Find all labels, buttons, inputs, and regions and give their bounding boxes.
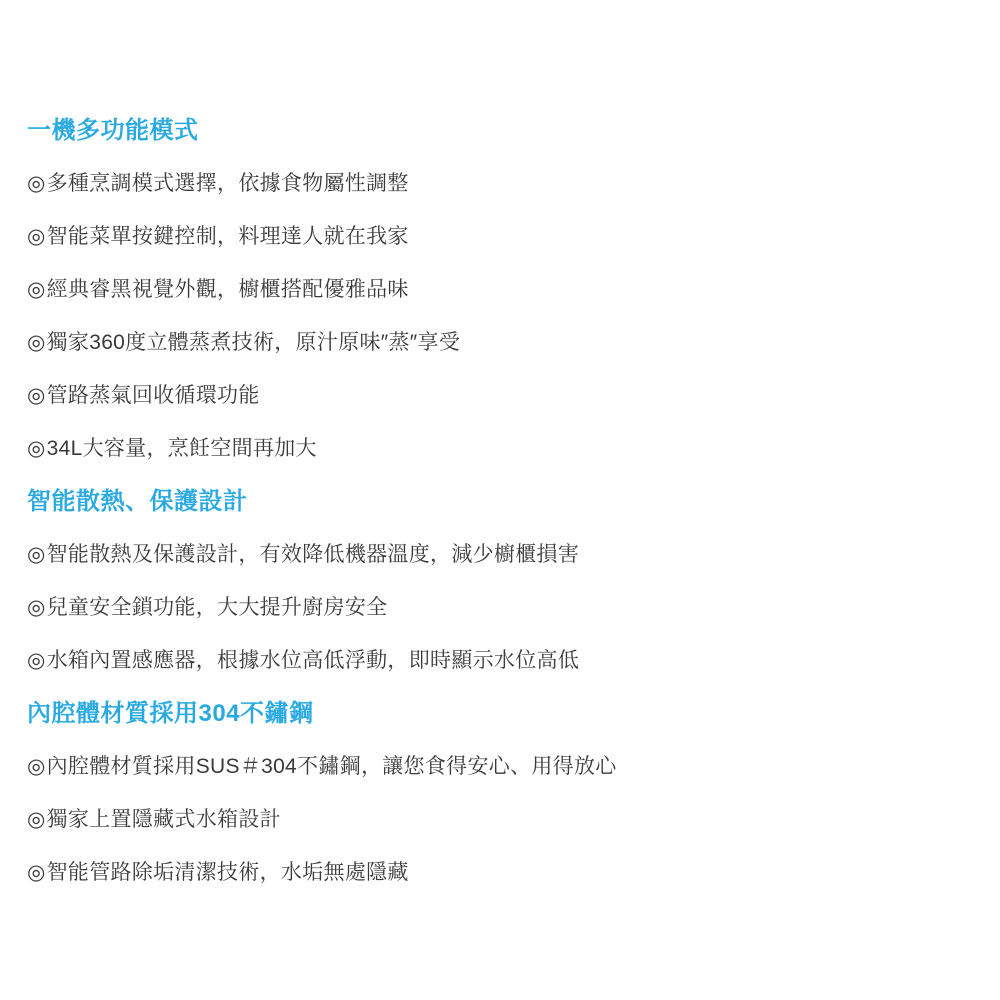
feature-bullet: ◎34L大容量，烹飪空間再加大 [27,422,980,475]
feature-text: 34L大容量，烹飪空間再加大 [47,437,317,460]
feature-text: 水箱內置感應器，根據水位高低浮動，即時顯示水位高低 [47,649,580,672]
feature-bullet: ◎管路蒸氣回收循環功能 [27,369,980,422]
bullet-marker-icon: ◎ [27,331,46,354]
bullet-marker-icon: ◎ [27,384,46,407]
feature-text: 管路蒸氣回收循環功能 [47,384,260,407]
feature-bullet: ◎兒童安全鎖功能，大大提升廚房安全 [27,581,980,634]
bullet-marker-icon: ◎ [27,755,46,778]
bullet-marker-icon: ◎ [27,596,46,619]
section-heading-stainless-cavity: 內腔體材質採用304不鏽鋼 [27,687,980,740]
feature-text: 智能散熱及保護設計，有效降低機器溫度，減少櫥櫃損害 [47,543,580,566]
feature-bullet: ◎經典睿黑視覺外觀，櫥櫃搭配優雅品味 [27,263,980,316]
feature-bullet: ◎內腔體材質採用SUS＃304不鏽鋼，讓您食得安心、用得放心 [27,740,980,793]
feature-bullet: ◎智能管路除垢清潔技術，水垢無處隱藏 [27,846,980,899]
bullet-marker-icon: ◎ [27,649,46,672]
product-description: 一機多功能模式 ◎多種烹調模式選擇，依據食物屬性調整 ◎智能菜單按鍵控制，料理達… [0,0,1000,1000]
feature-bullet: ◎水箱內置感應器，根據水位高低浮動，即時顯示水位高低 [27,634,980,687]
feature-bullet: ◎獨家360度立體蒸煮技術，原汁原味″蒸″享受 [27,316,980,369]
section-heading-multifunction: 一機多功能模式 [27,104,980,157]
bullet-marker-icon: ◎ [27,437,46,460]
feature-text: 多種烹調模式選擇，依據食物屬性調整 [47,172,409,195]
bullet-marker-icon: ◎ [27,172,46,195]
bullet-marker-icon: ◎ [27,543,46,566]
bullet-marker-icon: ◎ [27,808,46,831]
feature-text: 獨家360度立體蒸煮技術，原汁原味″蒸″享受 [47,331,461,354]
feature-text: 經典睿黑視覺外觀，櫥櫃搭配優雅品味 [47,278,409,301]
feature-bullet: ◎智能菜單按鍵控制，料理達人就在我家 [27,210,980,263]
feature-bullet: ◎智能散熱及保護設計，有效降低機器溫度，減少櫥櫃損害 [27,528,980,581]
feature-text: 智能菜單按鍵控制，料理達人就在我家 [47,225,409,248]
bullet-marker-icon: ◎ [27,225,46,248]
feature-text: 內腔體材質採用SUS＃304不鏽鋼，讓您食得安心、用得放心 [47,755,617,778]
feature-bullet: ◎多種烹調模式選擇，依據食物屬性調整 [27,157,980,210]
bullet-marker-icon: ◎ [27,278,46,301]
feature-text: 獨家上置隱藏式水箱設計 [47,808,281,831]
feature-text: 兒童安全鎖功能，大大提升廚房安全 [47,596,388,619]
bullet-marker-icon: ◎ [27,861,46,884]
feature-text: 智能管路除垢清潔技術，水垢無處隱藏 [47,861,409,884]
section-heading-cooling-protection: 智能散熱、保護設計 [27,475,980,528]
feature-bullet: ◎獨家上置隱藏式水箱設計 [27,793,980,846]
